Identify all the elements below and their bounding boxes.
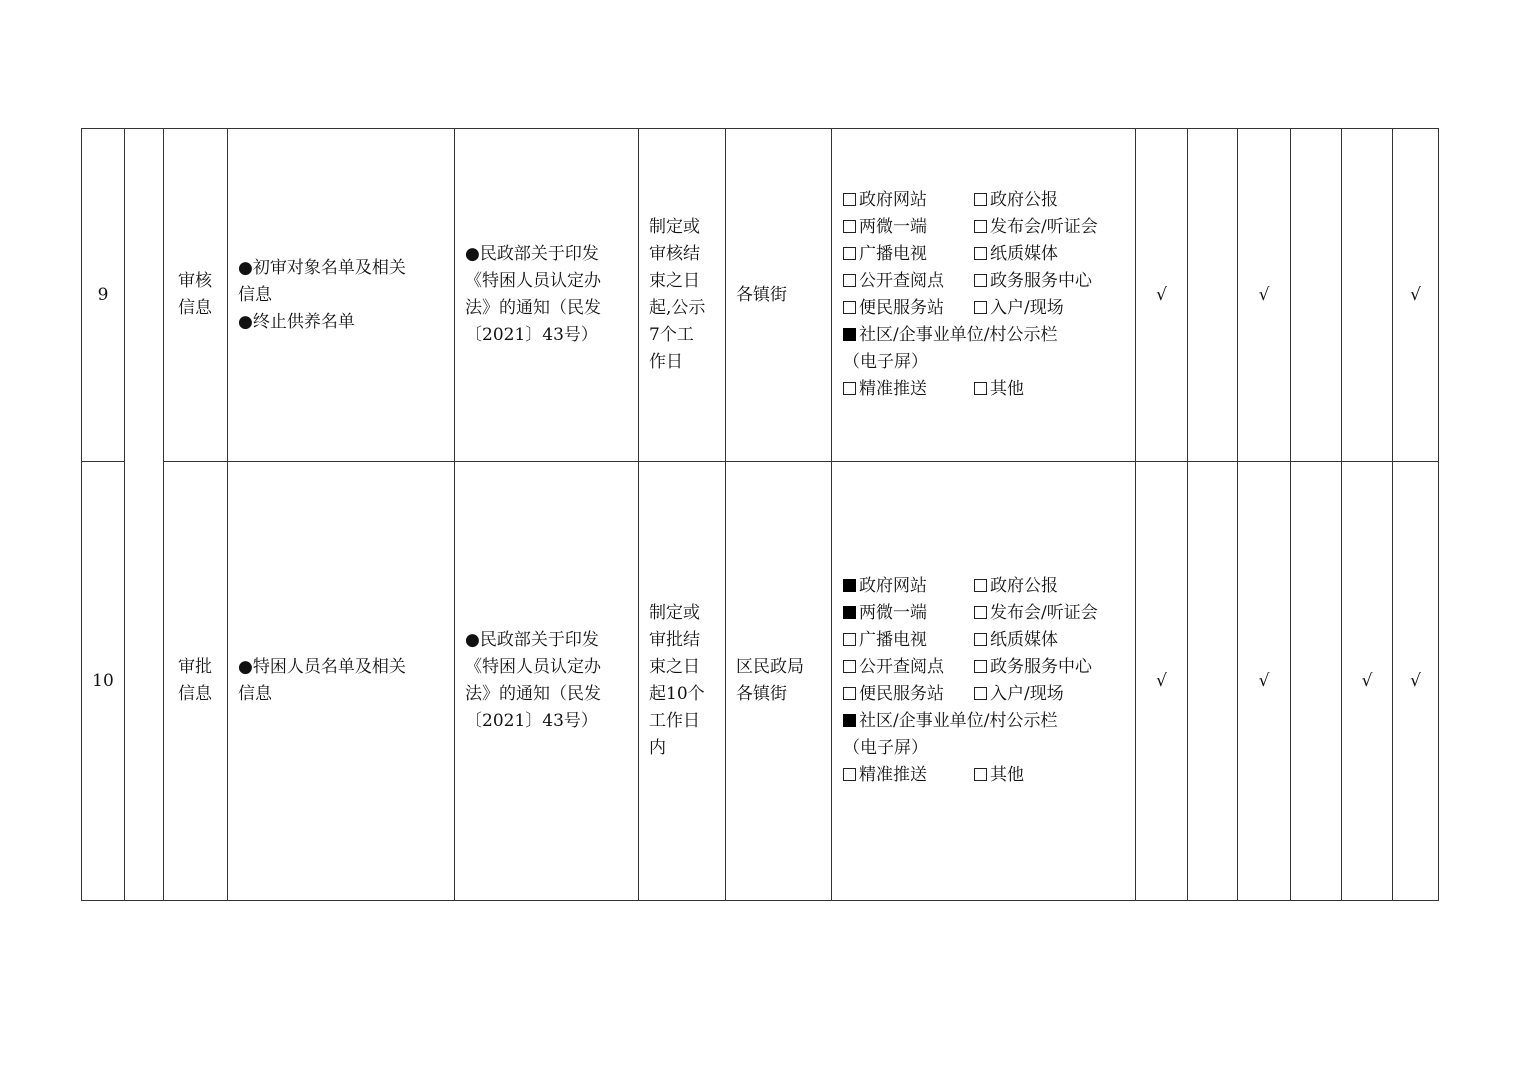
table-row: 9审核信息●初审对象名单及相关信息●终止供养名单●民政部关于印发《特困人员认定办… xyxy=(82,129,1439,462)
channel-label: 纸质媒体 xyxy=(990,630,1058,650)
unchecked-box-icon[interactable] xyxy=(974,220,987,233)
checkmark-icon: √ xyxy=(1259,285,1270,305)
checkmark-icon: √ xyxy=(1156,671,1167,691)
channel-label: 政务服务中心 xyxy=(990,271,1092,291)
channel-option[interactable]: 政务服务中心 xyxy=(974,268,1092,295)
unchecked-box-icon[interactable] xyxy=(974,382,987,395)
channel-option[interactable]: 其他 xyxy=(974,762,1024,789)
time-limit-text: 工作日 xyxy=(649,708,725,735)
unchecked-box-icon[interactable] xyxy=(843,301,856,314)
time-limit-text: 审批结 xyxy=(649,627,725,654)
basis-text: 《特困人员认定办 xyxy=(465,268,632,295)
content-text: 信息 xyxy=(238,282,448,309)
unchecked-box-icon[interactable] xyxy=(974,579,987,592)
unchecked-box-icon[interactable] xyxy=(974,768,987,781)
checked-box-icon[interactable] xyxy=(843,328,856,341)
checked-box-icon[interactable] xyxy=(843,714,856,727)
unchecked-box-icon[interactable] xyxy=(974,633,987,646)
channel-option[interactable]: 社区/企事业单位/村公示栏 xyxy=(843,322,1057,349)
channel-label: 精准推送 xyxy=(859,379,927,399)
channel-label: 社区/企事业单位/村公示栏 xyxy=(859,711,1057,731)
channel-row: 政府网站政府公报 xyxy=(843,187,1135,214)
channel-label: 社区/企事业单位/村公示栏 xyxy=(859,325,1057,345)
unchecked-box-icon[interactable] xyxy=(843,687,856,700)
channel-row: 便民服务站入户/现场 xyxy=(843,295,1135,322)
channel-note: （电子屏） xyxy=(843,735,928,762)
channel-option[interactable]: 便民服务站 xyxy=(843,681,974,708)
basis-cell: ●民政部关于印发《特困人员认定办法》的通知（民发〔2021〕43号） xyxy=(455,462,639,901)
channel-label: 政府公报 xyxy=(990,576,1058,596)
unchecked-box-icon[interactable] xyxy=(974,274,987,287)
channel-option[interactable]: 发布会/听证会 xyxy=(974,600,1098,627)
channel-row: 社区/企事业单位/村公示栏 xyxy=(843,322,1135,349)
channel-option[interactable]: 政府公报 xyxy=(974,187,1058,214)
time-limit-text: 内 xyxy=(649,735,725,762)
channel-row: 便民服务站入户/现场 xyxy=(843,681,1135,708)
content-cell: ●初审对象名单及相关信息●终止供养名单 xyxy=(228,129,455,462)
time-limit-text: 起10个 xyxy=(649,681,725,708)
unchecked-box-icon[interactable] xyxy=(843,274,856,287)
table-row: 10审批信息●特困人员名单及相关信息●民政部关于印发《特困人员认定办法》的通知（… xyxy=(82,462,1439,901)
subject-text: 区民政局 xyxy=(736,654,831,681)
subject-text: 各镇街 xyxy=(736,282,831,309)
channel-label: 发布会/听证会 xyxy=(990,217,1098,237)
channel-label: 广播电视 xyxy=(859,630,927,650)
mark-cell xyxy=(1291,129,1342,462)
category-text: 信息 xyxy=(178,681,227,708)
mark-cell xyxy=(1188,129,1238,462)
channel-label: 精准推送 xyxy=(859,765,927,785)
checkmark-icon: √ xyxy=(1259,671,1270,691)
content-text: ●终止供养名单 xyxy=(238,309,448,336)
channel-option[interactable]: 政府网站 xyxy=(843,187,974,214)
subject-text: 各镇街 xyxy=(736,681,831,708)
channel-label: 便民服务站 xyxy=(859,684,944,704)
time-limit-cell: 制定或审核结束之日起,公示7个工作日 xyxy=(639,129,726,462)
unchecked-box-icon[interactable] xyxy=(843,193,856,206)
basis-text: 法》的通知（民发 xyxy=(465,681,632,708)
mark-cell: √ xyxy=(1136,462,1188,901)
channel-row: 公开查阅点政务服务中心 xyxy=(843,654,1135,681)
channel-label: 便民服务站 xyxy=(859,298,944,318)
mark-cell: √ xyxy=(1136,129,1188,462)
unchecked-box-icon[interactable] xyxy=(974,301,987,314)
channels-cell: 政府网站政府公报两微一端发布会/听证会广播电视纸质媒体公开查阅点政务服务中心便民… xyxy=(832,129,1136,462)
unchecked-box-icon[interactable] xyxy=(843,220,856,233)
mark-cell: √ xyxy=(1238,129,1291,462)
channel-label: 政务服务中心 xyxy=(990,657,1092,677)
channel-option[interactable]: 精准推送 xyxy=(843,762,974,789)
channel-option[interactable]: 广播电视 xyxy=(843,627,974,654)
unchecked-box-icon[interactable] xyxy=(843,382,856,395)
basis-text: 法》的通知（民发 xyxy=(465,295,632,322)
channel-label: 公开查阅点 xyxy=(859,271,944,291)
channel-option[interactable]: 政府网站 xyxy=(843,573,974,600)
channel-option[interactable]: 纸质媒体 xyxy=(974,241,1058,268)
channel-row: 两微一端发布会/听证会 xyxy=(843,600,1135,627)
channel-label: 公开查阅点 xyxy=(859,657,944,677)
channel-row: 公开查阅点政务服务中心 xyxy=(843,268,1135,295)
unchecked-box-icon[interactable] xyxy=(843,660,856,673)
basis-text: 〔2021〕43号） xyxy=(465,322,632,349)
channel-label: 两微一端 xyxy=(859,603,927,623)
category-text: 信息 xyxy=(178,295,227,322)
mark-cell: √ xyxy=(1393,462,1439,901)
item-number: 10 xyxy=(82,462,125,901)
basis-text: ●民政部关于印发 xyxy=(465,241,632,268)
channel-option[interactable]: 两微一端 xyxy=(843,600,974,627)
unchecked-box-icon[interactable] xyxy=(843,768,856,781)
channel-label: 广播电视 xyxy=(859,244,927,264)
channel-row: （电子屏） xyxy=(843,735,1135,762)
basis-cell: ●民政部关于印发《特困人员认定办法》的通知（民发〔2021〕43号） xyxy=(455,129,639,462)
channel-row: 广播电视纸质媒体 xyxy=(843,241,1135,268)
channel-label: 政府公报 xyxy=(990,190,1058,210)
mark-cell: √ xyxy=(1238,462,1291,901)
mark-cell: √ xyxy=(1393,129,1439,462)
mark-cell xyxy=(1291,462,1342,901)
channel-label: 政府网站 xyxy=(859,190,927,210)
category-cell: 审核信息 xyxy=(164,129,228,462)
channel-row: 广播电视纸质媒体 xyxy=(843,627,1135,654)
channel-label: 其他 xyxy=(990,379,1024,399)
time-limit-text: 束之日 xyxy=(649,268,725,295)
channel-row: 社区/企事业单位/村公示栏 xyxy=(843,708,1135,735)
channel-label: 政府网站 xyxy=(859,576,927,596)
checkmark-icon: √ xyxy=(1156,285,1167,305)
channel-option[interactable]: 纸质媒体 xyxy=(974,627,1058,654)
channels-cell: 政府网站政府公报两微一端发布会/听证会广播电视纸质媒体公开查阅点政务服务中心便民… xyxy=(832,462,1136,901)
checked-box-icon[interactable] xyxy=(843,579,856,592)
category-text: 审批 xyxy=(178,654,227,681)
unchecked-box-icon[interactable] xyxy=(843,247,856,260)
unchecked-box-icon[interactable] xyxy=(974,606,987,619)
unchecked-box-icon[interactable] xyxy=(974,660,987,673)
mark-cell xyxy=(1342,129,1393,462)
checkmark-icon: √ xyxy=(1410,285,1421,305)
channel-label: 纸质媒体 xyxy=(990,244,1058,264)
unchecked-box-icon[interactable] xyxy=(843,633,856,646)
content-cell: ●特困人员名单及相关信息 xyxy=(228,462,455,901)
channel-note: （电子屏） xyxy=(843,349,928,376)
content-text: ●初审对象名单及相关 xyxy=(238,255,448,282)
subject-cell: 各镇街 xyxy=(726,129,832,462)
channel-label: 两微一端 xyxy=(859,217,927,237)
content-text: ●特困人员名单及相关 xyxy=(238,654,448,681)
category-cell: 审批信息 xyxy=(164,462,228,901)
basis-text: 〔2021〕43号） xyxy=(465,708,632,735)
channel-row: 两微一端发布会/听证会 xyxy=(843,214,1135,241)
time-limit-text: 制定或 xyxy=(649,600,725,627)
unchecked-box-icon[interactable] xyxy=(974,247,987,260)
unchecked-box-icon[interactable] xyxy=(974,193,987,206)
checked-box-icon[interactable] xyxy=(843,606,856,619)
channel-option[interactable]: 公开查阅点 xyxy=(843,654,974,681)
category-text: 审核 xyxy=(178,268,227,295)
mark-cell: √ xyxy=(1342,462,1393,901)
basis-text: ●民政部关于印发 xyxy=(465,627,632,654)
item-number: 9 xyxy=(82,129,125,462)
channel-option[interactable]: 发布会/听证会 xyxy=(974,214,1098,241)
merged-empty-cell xyxy=(125,129,164,901)
channel-option[interactable]: 其他 xyxy=(974,376,1024,403)
channel-label: 其他 xyxy=(990,765,1024,785)
time-limit-text: 起,公示 xyxy=(649,295,725,322)
time-limit-text: 审核结 xyxy=(649,241,725,268)
subject-cell: 区民政局各镇街 xyxy=(726,462,832,901)
mark-cell xyxy=(1188,462,1238,901)
channel-row: （电子屏） xyxy=(843,349,1135,376)
channel-option[interactable]: 便民服务站 xyxy=(843,295,974,322)
channel-option[interactable]: 入户/现场 xyxy=(974,681,1064,708)
channel-option[interactable]: 政府公报 xyxy=(974,573,1058,600)
channel-option[interactable]: 社区/企事业单位/村公示栏 xyxy=(843,708,1057,735)
channel-label: 发布会/听证会 xyxy=(990,603,1098,623)
basis-text: 《特困人员认定办 xyxy=(465,654,632,681)
channel-row: 精准推送其他 xyxy=(843,376,1135,403)
checkmark-icon: √ xyxy=(1362,671,1373,691)
time-limit-cell: 制定或审批结束之日起10个工作日内 xyxy=(639,462,726,901)
channel-row: 政府网站政府公报 xyxy=(843,573,1135,600)
time-limit-text: 制定或 xyxy=(649,214,725,241)
content-text: 信息 xyxy=(238,681,448,708)
channel-option[interactable]: 两微一端 xyxy=(843,214,974,241)
channel-row: 精准推送其他 xyxy=(843,762,1135,789)
channel-option[interactable]: 广播电视 xyxy=(843,241,974,268)
channel-label: 入户/现场 xyxy=(990,298,1064,318)
channel-option[interactable]: 公开查阅点 xyxy=(843,268,974,295)
time-limit-text: 束之日 xyxy=(649,654,725,681)
disclosure-table: 9审核信息●初审对象名单及相关信息●终止供养名单●民政部关于印发《特困人员认定办… xyxy=(81,128,1439,901)
channel-label: （电子屏） xyxy=(843,738,928,758)
time-limit-text: 作日 xyxy=(649,349,725,376)
channel-option[interactable]: 政务服务中心 xyxy=(974,654,1092,681)
checkmark-icon: √ xyxy=(1410,671,1421,691)
unchecked-box-icon[interactable] xyxy=(974,687,987,700)
channel-option[interactable]: 精准推送 xyxy=(843,376,974,403)
channel-label: 入户/现场 xyxy=(990,684,1064,704)
time-limit-text: 7个工 xyxy=(649,322,725,349)
channel-option[interactable]: 入户/现场 xyxy=(974,295,1064,322)
channel-label: （电子屏） xyxy=(843,352,928,372)
